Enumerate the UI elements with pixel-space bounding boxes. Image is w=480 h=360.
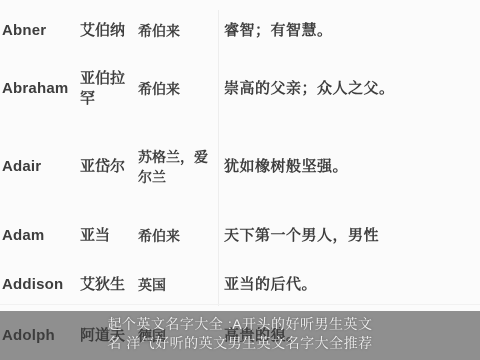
origin-cell: 希伯来 [138, 226, 224, 246]
chinese-name-cell: 艾伯纳 [80, 21, 138, 41]
meaning-cell: 亚当的后代。 [224, 275, 480, 295]
english-name-cell: Adair [2, 157, 80, 177]
meaning-cell: 睿智；有智慧。 [224, 21, 480, 41]
chinese-name-cell: 亚当 [80, 226, 138, 246]
video-caption: 起个英文名字大全 :A开头的好听男生英文 名 洋气好听的英文男生英文名字大全推荐 [0, 315, 480, 353]
table-row: Adam 亚当 希伯来 天下第一个男人，男性 [0, 212, 480, 260]
origin-cell: 希伯来 [138, 21, 224, 41]
meaning-cell: 犹如橡树般坚强。 [224, 157, 480, 177]
english-name-cell: Abner [2, 21, 80, 41]
english-name-cell: Addison [2, 275, 80, 295]
chinese-name-cell: 亚伯拉罕 [80, 69, 138, 109]
table-row: Adair 亚岱尔 苏格兰，爱尔兰 犹如橡树般坚强。 [0, 124, 480, 210]
origin-cell: 希伯来 [138, 79, 224, 99]
chinese-name-cell: 艾狄生 [80, 275, 138, 295]
chinese-name-cell: 亚岱尔 [80, 157, 138, 177]
meaning-cell: 崇高的父亲；众人之父。 [224, 79, 480, 99]
english-name-cell: Adam [2, 226, 80, 246]
table-row: Abner 艾伯纳 希伯来 睿智；有智慧。 [0, 6, 480, 56]
caption-line-2: 名 洋气好听的英文男生英文名字大全推荐 [0, 334, 480, 353]
table-row: Abraham 亚伯拉罕 希伯来 崇高的父亲；众人之父。 [0, 56, 480, 122]
name-table-image: Abner 艾伯纳 希伯来 睿智；有智慧。 Abraham 亚伯拉罕 希伯来 崇… [0, 0, 480, 360]
origin-cell: 英国 [138, 275, 224, 295]
table-row: Addison 艾狄生 英国 亚当的后代。 [0, 260, 480, 310]
caption-line-1: 起个英文名字大全 :A开头的好听男生英文 [0, 315, 480, 334]
english-name-cell: Abraham [2, 79, 80, 99]
origin-cell: 苏格兰，爱尔兰 [138, 147, 224, 187]
meaning-cell: 天下第一个男人，男性 [224, 226, 480, 246]
